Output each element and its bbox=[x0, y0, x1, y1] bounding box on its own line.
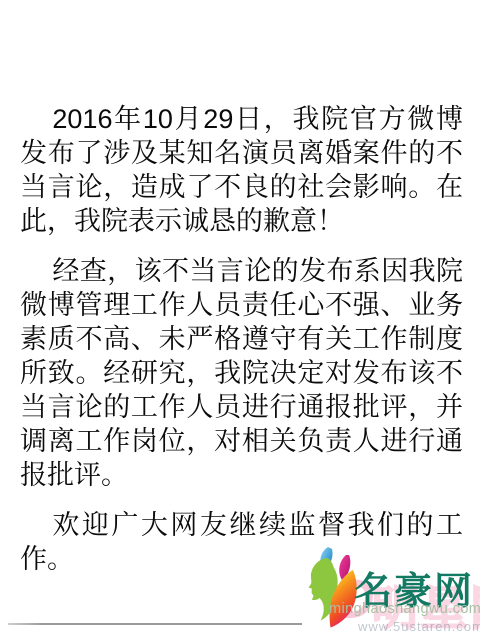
site-domain: minghaoshangwu.com bbox=[329, 601, 480, 617]
announcement-image: 2016年10月29日，我院官方微博发布了涉及某知名演员离婚案件的不当言论，造成… bbox=[0, 0, 480, 632]
announcement-body: 2016年10月29日，我院官方微博发布了涉及某知名演员离婚案件的不当言论，造成… bbox=[20, 102, 463, 592]
background-watermark-domain: www.5ustaren.com bbox=[358, 619, 480, 632]
paragraph-investigation-measures: 经查，该不当言论的发布系因我院微博管理工作人员责任心不强、业务素质不高、未严格遵… bbox=[20, 254, 463, 492]
paragraph-apology: 2016年10月29日，我院官方微博发布了涉及某知名演员离婚案件的不当言论，造成… bbox=[20, 102, 463, 238]
bottom-divider bbox=[8, 623, 302, 625]
